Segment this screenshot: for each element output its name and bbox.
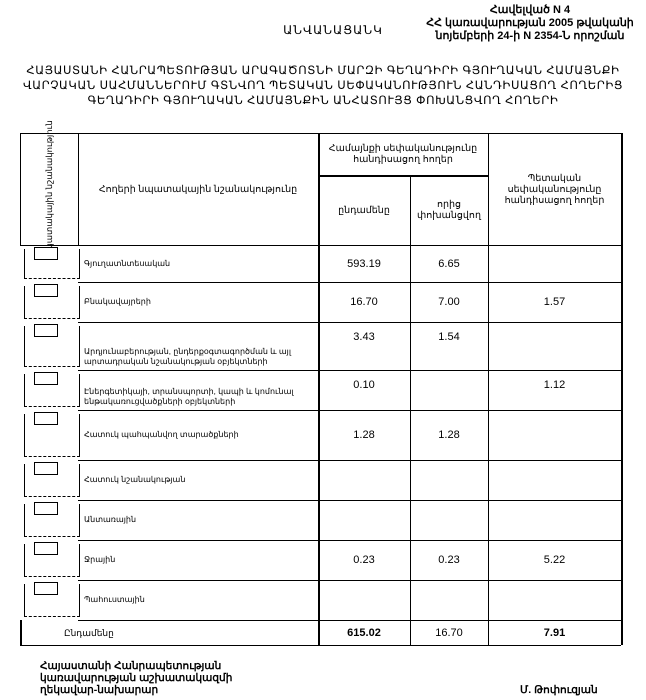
document-heading: ՀԱՅԱՍՏԱՆԻ ՀԱՆՐԱՊԵՏՈՒԹՅԱՆ ԱՐԱԳԱԾՈՏՆԻ ՄԱՐԶ… [0,64,646,109]
totals-transferred: 16.70 [410,620,488,645]
row-checkbox[interactable] [34,284,58,297]
col-divider-1 [78,133,79,245]
signatory-line-2: կառավարության աշխատակազմի [40,672,232,684]
cell-transferred: 6.65 [410,245,488,282]
table-border-top [20,133,621,134]
row-checkbox[interactable] [34,324,58,337]
row-label: Հատուկ պահպանվող տարածքների [84,410,314,460]
row-checkbox[interactable] [34,582,58,595]
row-checkbox[interactable] [34,542,58,555]
header-purpose-text: Նպատակային նշանակություն [44,120,54,258]
row-label: Գյուղատնտեսական [84,245,314,282]
totals-total: 615.02 [318,620,410,645]
cell-state [488,322,621,352]
row-checkbox[interactable] [34,502,58,515]
header-purpose: Նպատակային նշանակություն [20,133,78,245]
header-total: ընդամենը [318,175,410,245]
annex-number: Հավելված N 4 [420,4,640,17]
cell-transferred: 1.54 [410,322,488,352]
cell-state [488,460,621,500]
cell-transferred: 0.23 [410,540,488,580]
document-title-text: ԱՆՎԱՆԱՑԱՆԿ [283,23,383,37]
land-table: Նպատակային նշանակություն Հողերի նպատակայ… [20,133,621,645]
row-label: Արդյունաբերության, ընդերքօգտագործման և ա… [84,322,314,370]
cell-total [318,460,410,500]
table-border-bottom [20,645,621,646]
cell-transferred [410,370,488,400]
cell-total: 16.70 [318,282,410,322]
row-label: Ջրային [84,540,314,580]
header-transferred: որից փոխանցվող [410,175,488,245]
cell-state [488,580,621,620]
row-label: Հատուկ նշանակության [84,460,314,500]
cell-transferred: 1.28 [410,410,488,460]
heading-line-1: ՀԱՅԱՍՏԱՆԻ ՀԱՆՐԱՊԵՏՈՒԹՅԱՆ ԱՐԱԳԱԾՈՏՆԻ ՄԱՐԶ… [0,64,646,79]
totals-border-left [20,620,22,645]
row-label: Էներգետիկայի, տրանսպորտի, կապի և կոմունա… [84,370,314,410]
header-state-text: Պետական սեփականությունը հանդիսացող հողեր [498,173,611,206]
totals-state: 7.91 [488,620,621,645]
header-divider [318,175,488,177]
cell-total: 593.19 [318,245,410,282]
row-label: Բնակավայրերի [84,282,314,322]
cell-total: 3.43 [318,322,410,352]
row-label: Անտառային [84,500,314,540]
header-state: Պետական սեփականությունը հանդիսացող հողեր [488,133,621,245]
table-border-right [621,133,623,645]
cell-transferred [410,460,488,500]
cell-state [488,500,621,540]
cell-total: 0.10 [318,370,410,400]
cell-state: 5.22 [488,540,621,580]
cell-state: 1.57 [488,282,621,322]
row-label: Պահուստային [84,580,314,620]
document-title: ԱՆՎԱՆԱՑԱՆԿ [0,23,646,37]
signatory-line-1: Հայաստանի Հանրապետության [40,660,232,672]
cell-state: 1.12 [488,370,621,400]
cell-transferred [410,500,488,540]
cell-state [488,245,621,282]
cell-state [488,410,621,460]
heading-line-3: ԳԵՂԱԴԻՐԻ ԳՅՈՒՂԱԿԱՆ ՀԱՄԱՅՆՔԻՆ ԱՆՀԱՏՈՒՅՑ Փ… [0,94,646,109]
header-transferred-text: որից փոխանցվող [417,199,481,221]
header-category: Հողերի նպատակային նշանակությունը [78,133,318,245]
header-category-text: Հողերի նպատակային նշանակությունը [99,184,297,195]
signatory-name: Մ. Թոփուզյան [520,684,598,696]
cell-total: 1.28 [318,410,410,460]
header-community-group: Համայնքի սեփականությունը հանդիսացող հողե… [318,133,488,175]
table-border-left [20,133,21,245]
heading-line-2: ՎԱՐՉԱԿԱՆ ՍԱՀՄԱՆՆԵՐՈՒՄ ԳՏՆՎՈՂ ՊԵՏԱԿԱՆ ՍԵՓ… [0,79,646,94]
header-total-text: ընդամենը [338,205,390,216]
cell-transferred: 7.00 [410,282,488,322]
row-checkbox[interactable] [34,412,58,425]
signatory-title: Հայաստանի Հանրապետության կառավարության ա… [40,660,232,696]
cell-total [318,580,410,620]
row-checkbox[interactable] [34,372,58,385]
header-community-group-text: Համայնքի սեփականությունը հանդիսացող հողե… [324,143,482,165]
row-checkbox[interactable] [34,247,58,260]
cell-total [318,500,410,540]
row-checkbox[interactable] [34,462,58,475]
cell-total: 0.23 [318,540,410,580]
totals-label: Ընդամենը [64,620,304,645]
signatory-line-3: ղեկավար-նախարար [40,684,232,696]
cell-transferred [410,580,488,620]
